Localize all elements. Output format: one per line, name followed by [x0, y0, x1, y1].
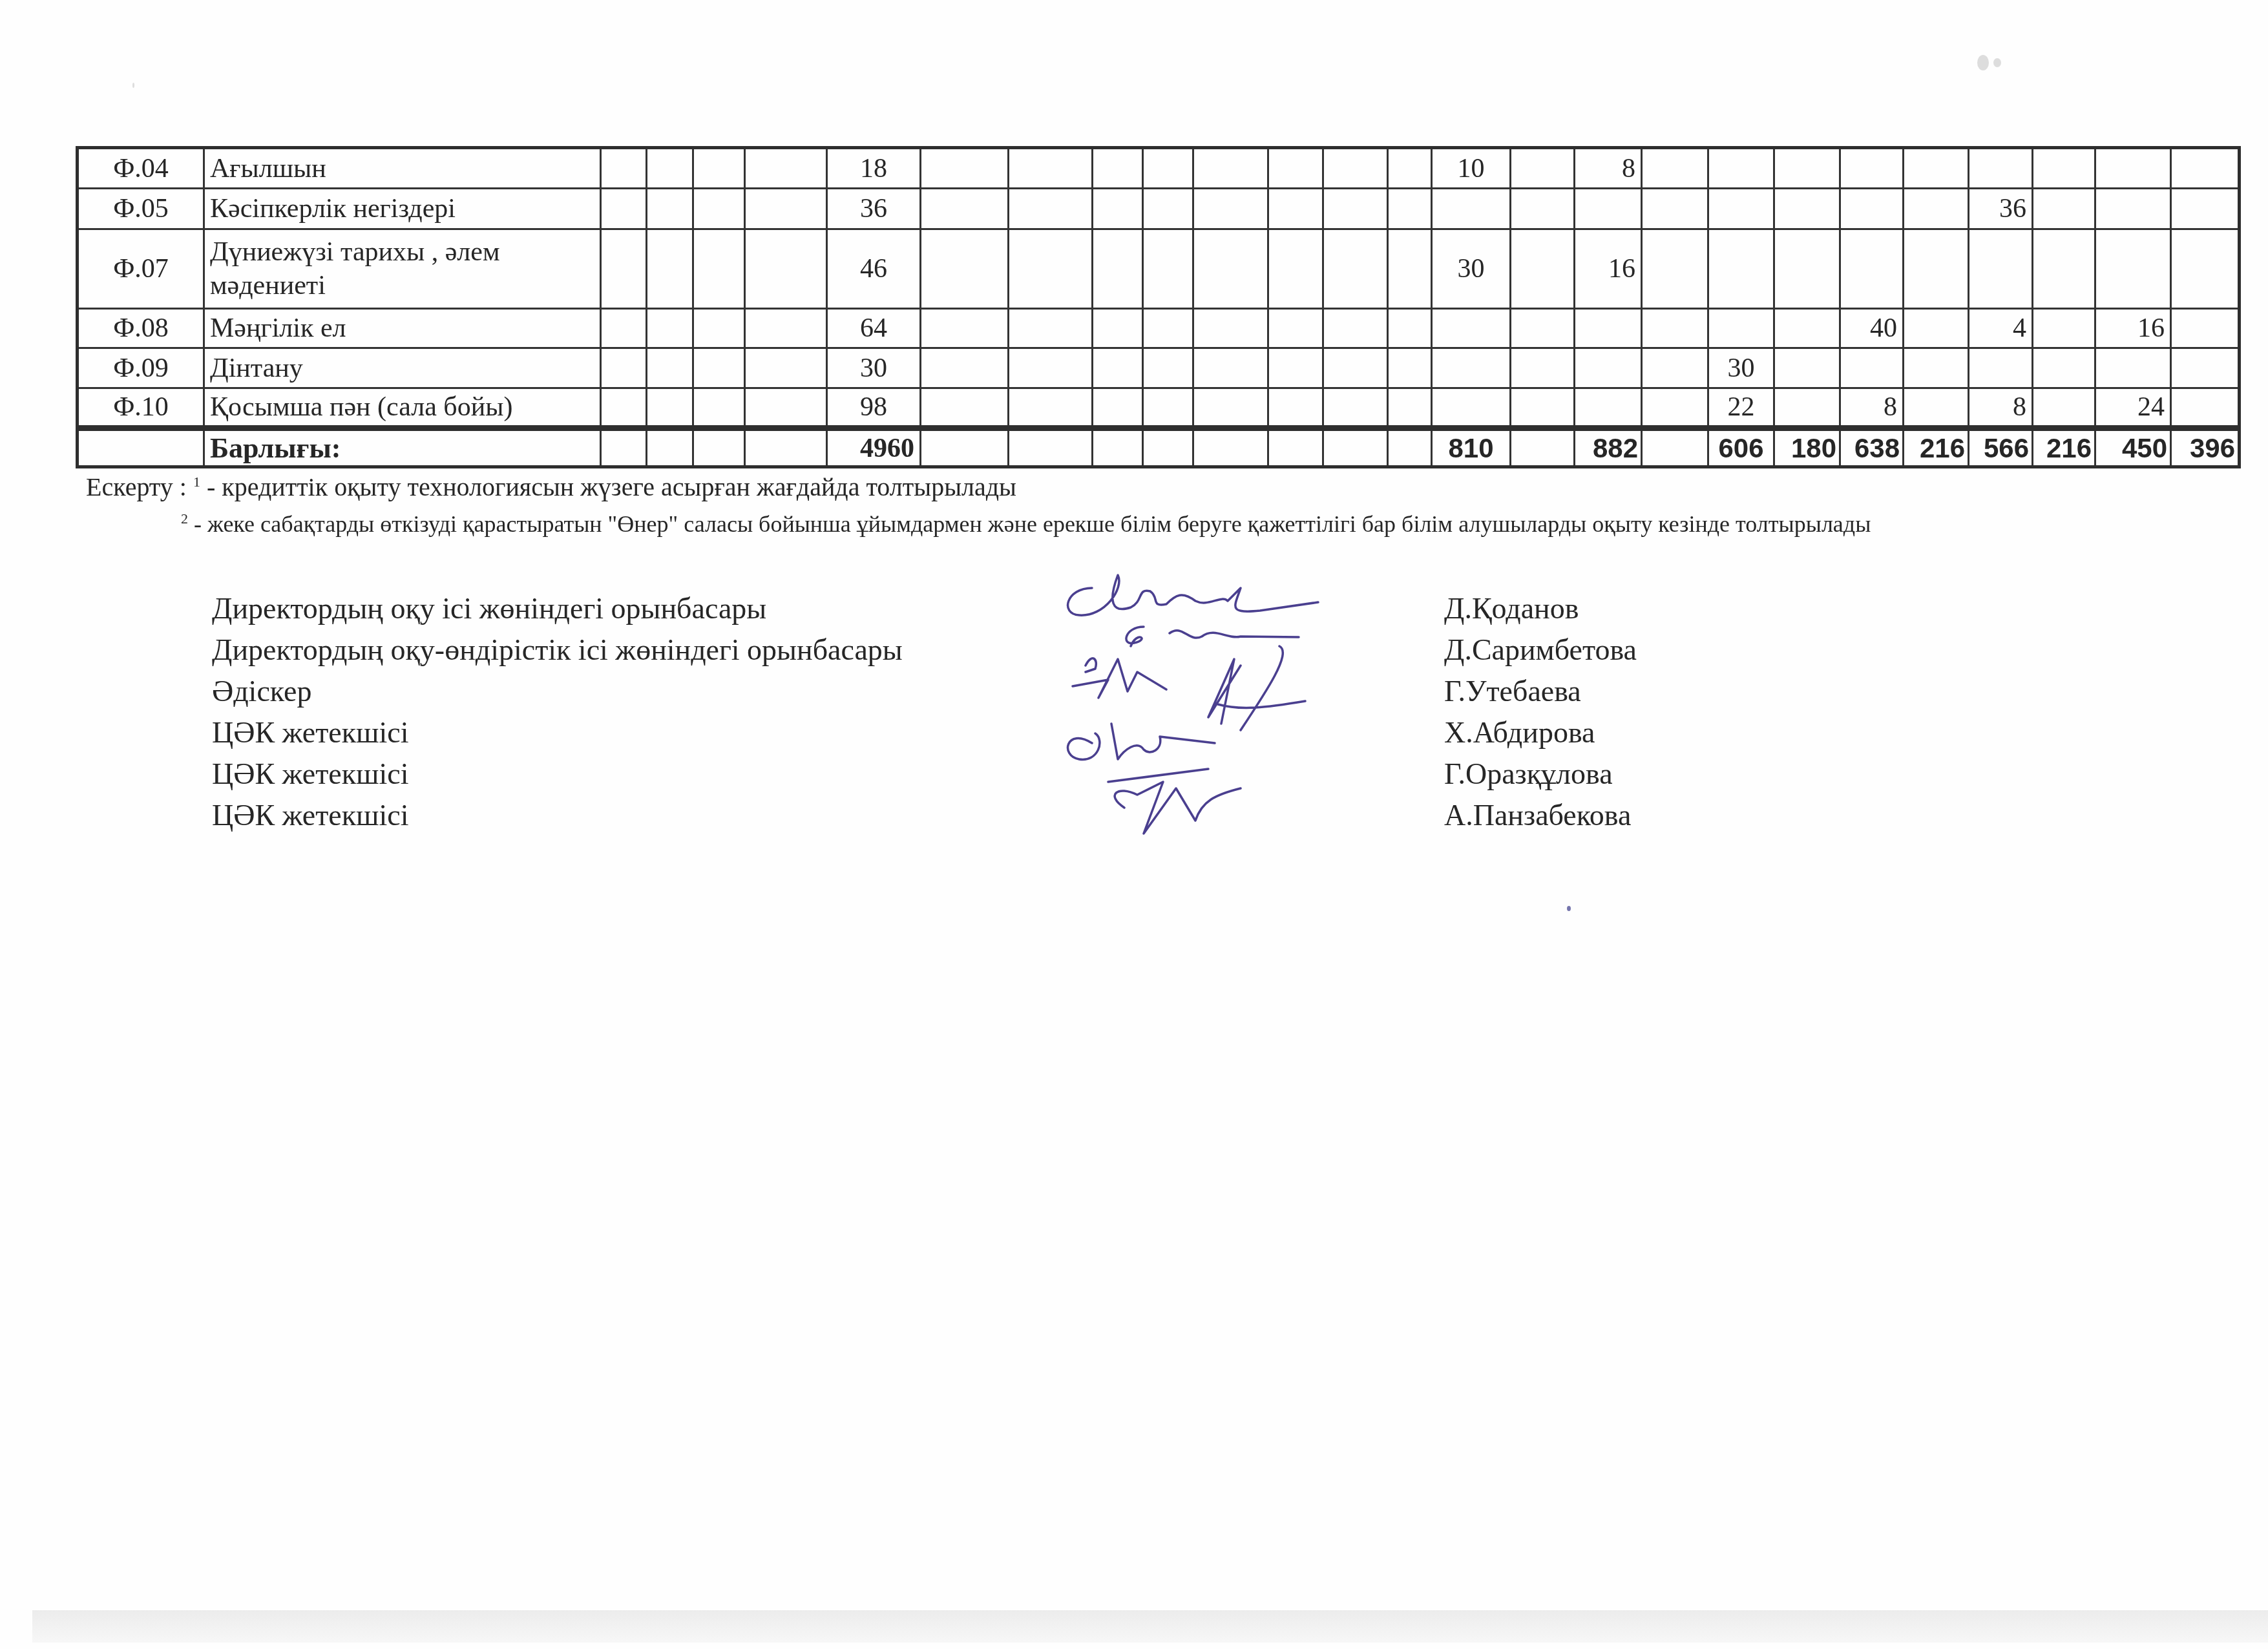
hours-cell — [1009, 309, 1093, 348]
hours-cell — [1193, 388, 1268, 428]
hours-cell: 396 — [2171, 428, 2240, 467]
scanned-page: Ф.04Ағылшын18108Ф.05Кәсіпкерлік негіздер… — [0, 0, 2268, 1649]
hours-cell — [1904, 148, 1969, 189]
hours-cell — [1143, 428, 1193, 467]
hours-cell — [2033, 309, 2095, 348]
hours-cell — [1323, 189, 1388, 229]
table-row: Ф.08Мәңгілік ел6440416 — [78, 309, 2240, 348]
hours-cell — [1432, 189, 1511, 229]
total-label: Барлығы: — [204, 428, 601, 467]
hours-cell — [1193, 348, 1268, 388]
total-hours-cell: 18 — [827, 148, 921, 189]
hours-cell — [2171, 148, 2240, 189]
hours-cell — [1432, 388, 1511, 428]
signatory-title: Әдіскер — [212, 671, 903, 712]
hours-cell — [2095, 348, 2171, 388]
hours-cell — [1323, 348, 1388, 388]
hours-cell — [693, 428, 745, 467]
hours-cell — [1575, 348, 1642, 388]
hours-cell — [647, 148, 693, 189]
hours-cell — [1193, 189, 1268, 229]
hours-cell — [2095, 189, 2171, 229]
hours-cell — [1708, 309, 1774, 348]
hours-cell — [693, 309, 745, 348]
hours-cell — [1009, 388, 1093, 428]
footnote-mark-1: 1 — [193, 474, 200, 490]
scan-speck — [1977, 55, 1989, 70]
scan-speck — [1567, 906, 1571, 911]
hours-cell: 8 — [1575, 148, 1642, 189]
table-row: Ф.07Дүниежүзі тарихы , әлем мәдениеті463… — [78, 229, 2240, 309]
hours-cell: 30 — [1432, 229, 1511, 309]
hours-cell — [1511, 348, 1575, 388]
hours-cell — [2033, 348, 2095, 388]
hours-cell — [1708, 148, 1774, 189]
total-row: Барлығы:49608108826061806382165662164503… — [78, 428, 2240, 467]
hours-cell — [1323, 229, 1388, 309]
total-hours-cell: 36 — [827, 189, 921, 229]
hours-cell — [693, 388, 745, 428]
scan-edge-band — [32, 1610, 2268, 1643]
hours-cell — [1388, 388, 1432, 428]
hours-cell — [745, 388, 827, 428]
hours-cell — [1774, 229, 1840, 309]
hours-cell — [601, 189, 647, 229]
hours-cell — [1708, 229, 1774, 309]
hours-cell — [1904, 388, 1969, 428]
hours-cell — [1511, 388, 1575, 428]
hours-cell — [921, 428, 1009, 467]
hours-cell: 216 — [2033, 428, 2095, 467]
subject-name: Қосымша пән (сала бойы) — [204, 388, 601, 428]
hours-cell — [1642, 229, 1708, 309]
subject-name: Мәңгілік ел — [204, 309, 601, 348]
hours-cell — [1323, 388, 1388, 428]
hours-cell — [745, 229, 827, 309]
signatory-name: А.Панзабекова — [1444, 795, 1637, 836]
total-hours-cell: 46 — [827, 229, 921, 309]
hours-cell — [1432, 309, 1511, 348]
hours-cell — [1511, 428, 1575, 467]
hours-cell — [1774, 388, 1840, 428]
hours-cell — [1193, 309, 1268, 348]
hours-cell — [1969, 348, 2033, 388]
signatory-name: Д.Саримбетова — [1444, 629, 1637, 671]
hours-cell — [1093, 189, 1143, 229]
hours-cell — [1143, 388, 1193, 428]
hours-cell — [745, 148, 827, 189]
hours-cell — [1093, 348, 1143, 388]
hours-cell — [1904, 229, 1969, 309]
hours-cell — [1388, 148, 1432, 189]
hours-cell — [1388, 348, 1432, 388]
hours-cell — [2171, 388, 2240, 428]
hours-cell — [1009, 229, 1093, 309]
hours-cell — [1143, 229, 1193, 309]
hours-cell — [2033, 189, 2095, 229]
hours-cell — [1388, 428, 1432, 467]
hours-cell — [1093, 428, 1143, 467]
hours-cell — [1904, 348, 1969, 388]
hours-cell — [1268, 348, 1323, 388]
hours-cell: 180 — [1774, 428, 1840, 467]
table-row: Ф.05Кәсіпкерлік негіздері3636 — [78, 189, 2240, 229]
hours-cell: 30 — [1708, 348, 1774, 388]
signatory-title: ЦӘК жетекшісі — [212, 753, 903, 795]
hours-cell — [1143, 148, 1193, 189]
hours-cell — [921, 229, 1009, 309]
hours-cell — [2033, 229, 2095, 309]
hours-cell — [745, 309, 827, 348]
hours-cell — [601, 309, 647, 348]
hours-cell — [693, 189, 745, 229]
hours-cell — [647, 388, 693, 428]
hours-cell — [693, 148, 745, 189]
hours-cell: 8 — [1969, 388, 2033, 428]
hours-cell — [2033, 148, 2095, 189]
scan-speck — [132, 83, 134, 88]
footnote-2-text: - жеке сабақтарды өткізуді қарастыратын … — [188, 511, 1871, 537]
hours-cell — [921, 189, 1009, 229]
subject-name: Ағылшын — [204, 148, 601, 189]
hours-cell — [601, 388, 647, 428]
hours-cell — [1093, 309, 1143, 348]
hours-cell — [2171, 348, 2240, 388]
hours-cell — [1511, 148, 1575, 189]
hours-cell — [1642, 148, 1708, 189]
hours-cell — [1575, 309, 1642, 348]
hours-cell — [1904, 309, 1969, 348]
hours-cell — [1268, 388, 1323, 428]
hours-cell — [1268, 229, 1323, 309]
signatory-titles: Директордың оқу ісі жөніндегі орынбасары… — [212, 588, 903, 836]
hours-cell — [1323, 428, 1388, 467]
hours-cell — [2171, 229, 2240, 309]
hours-cell — [921, 388, 1009, 428]
hours-cell — [1009, 348, 1093, 388]
hours-cell: 638 — [1840, 428, 1904, 467]
hours-cell: 16 — [1575, 229, 1642, 309]
subject-code: Ф.07 — [78, 229, 204, 309]
hours-cell — [921, 309, 1009, 348]
handwritten-signatures — [1047, 562, 1344, 846]
hours-cell — [2033, 388, 2095, 428]
hours-cell — [1093, 229, 1143, 309]
hours-cell — [2095, 229, 2171, 309]
total-hours-cell: 64 — [827, 309, 921, 348]
hours-cell — [1193, 148, 1268, 189]
hours-cell — [1840, 229, 1904, 309]
hours-cell — [1143, 348, 1193, 388]
subject-name: Дүниежүзі тарихы , әлем мәдениеті — [204, 229, 601, 309]
signatory-name: Х.Абдирова — [1444, 712, 1637, 753]
total-hours-cell: 30 — [827, 348, 921, 388]
hours-cell — [1268, 189, 1323, 229]
hours-cell — [1642, 348, 1708, 388]
hours-cell — [1009, 189, 1093, 229]
hours-cell — [1511, 189, 1575, 229]
hours-cell — [1575, 189, 1642, 229]
hours-cell — [1642, 309, 1708, 348]
hours-cell: 566 — [1969, 428, 2033, 467]
hours-cell — [921, 348, 1009, 388]
hours-cell — [1511, 309, 1575, 348]
hours-cell — [2095, 148, 2171, 189]
signatory-title: Директордың оқу-өндірістік ісі жөніндегі… — [212, 629, 903, 671]
hours-cell: 40 — [1840, 309, 1904, 348]
curriculum-table: Ф.04Ағылшын18108Ф.05Кәсіпкерлік негіздер… — [76, 146, 2241, 468]
signatory-title: ЦӘК жетекшісі — [212, 712, 903, 753]
subject-code: Ф.08 — [78, 309, 204, 348]
hours-cell — [693, 229, 745, 309]
hours-cell — [1642, 428, 1708, 467]
subject-name: Дінтану — [204, 348, 601, 388]
hours-cell — [1774, 148, 1840, 189]
hours-cell — [1388, 229, 1432, 309]
hours-cell — [601, 229, 647, 309]
hours-cell: 22 — [1708, 388, 1774, 428]
hours-cell — [1840, 348, 1904, 388]
hours-cell: 882 — [1575, 428, 1642, 467]
table-row: Ф.10Қосымша пән (сала бойы)98228824 — [78, 388, 2240, 428]
hours-cell — [1268, 428, 1323, 467]
footnote-1: Ескерту : 1 - кредиттік оқыту технология… — [86, 472, 1016, 502]
hours-cell — [1708, 189, 1774, 229]
table-row: Ф.04Ағылшын18108 — [78, 148, 2240, 189]
hours-cell — [1642, 189, 1708, 229]
hours-cell — [1193, 428, 1268, 467]
subject-code: Ф.09 — [78, 348, 204, 388]
hours-cell — [745, 348, 827, 388]
hours-cell — [1093, 388, 1143, 428]
hours-cell: 810 — [1432, 428, 1511, 467]
hours-cell: 450 — [2095, 428, 2171, 467]
subject-code: Ф.04 — [78, 148, 204, 189]
hours-cell — [1511, 229, 1575, 309]
scan-speck — [1993, 58, 2001, 67]
signatory-names: Д.Қоданов Д.Саримбетова Г.Утебаева Х.Абд… — [1444, 588, 1637, 836]
hours-cell — [1642, 388, 1708, 428]
hours-cell — [1193, 229, 1268, 309]
hours-cell: 10 — [1432, 148, 1511, 189]
table-row: Ф.09Дінтану3030 — [78, 348, 2240, 388]
hours-cell — [647, 428, 693, 467]
note-label: Ескерту : — [86, 472, 187, 501]
hours-cell — [1840, 148, 1904, 189]
hours-cell — [745, 189, 827, 229]
hours-cell — [1268, 148, 1323, 189]
hours-cell: 606 — [1708, 428, 1774, 467]
hours-cell — [1323, 309, 1388, 348]
hours-cell — [1774, 189, 1840, 229]
signatory-name: Г.Оразқұлова — [1444, 753, 1637, 795]
hours-cell — [1969, 229, 2033, 309]
hours-cell — [1388, 309, 1432, 348]
total-hours-cell: 98 — [827, 388, 921, 428]
subject-code — [78, 428, 204, 467]
hours-cell — [693, 348, 745, 388]
hours-cell: 4 — [1969, 309, 2033, 348]
hours-cell — [1388, 189, 1432, 229]
hours-cell — [1969, 148, 2033, 189]
hours-cell — [647, 348, 693, 388]
hours-cell — [601, 348, 647, 388]
hours-cell: 24 — [2095, 388, 2171, 428]
hours-cell — [647, 229, 693, 309]
signatory-name: Д.Қоданов — [1444, 588, 1637, 629]
hours-cell — [601, 428, 647, 467]
hours-cell: 216 — [1904, 428, 1969, 467]
hours-cell — [1009, 428, 1093, 467]
signatory-title: Директордың оқу ісі жөніндегі орынбасары — [212, 588, 903, 629]
hours-cell — [1904, 189, 1969, 229]
hours-cell — [1840, 189, 1904, 229]
total-hours-cell: 4960 — [827, 428, 921, 467]
hours-cell — [647, 189, 693, 229]
hours-cell — [1009, 148, 1093, 189]
hours-cell — [601, 148, 647, 189]
hours-cell — [1774, 348, 1840, 388]
hours-cell — [1268, 309, 1323, 348]
signatory-title: ЦӘК жетекшісі — [212, 795, 903, 836]
subject-code: Ф.10 — [78, 388, 204, 428]
hours-cell: 8 — [1840, 388, 1904, 428]
subject-code: Ф.05 — [78, 189, 204, 229]
hours-cell — [2171, 189, 2240, 229]
subject-name: Кәсіпкерлік негіздері — [204, 189, 601, 229]
hours-cell — [921, 148, 1009, 189]
hours-cell — [1575, 388, 1642, 428]
hours-cell — [745, 428, 827, 467]
footnote-1-text: - кредиттік оқыту технологиясын жүзеге а… — [200, 472, 1016, 501]
signatory-name: Г.Утебаева — [1444, 671, 1637, 712]
hours-cell — [1774, 309, 1840, 348]
hours-cell — [1093, 148, 1143, 189]
hours-cell — [1143, 309, 1193, 348]
hours-cell: 16 — [2095, 309, 2171, 348]
hours-cell: 36 — [1969, 189, 2033, 229]
hours-cell — [1143, 189, 1193, 229]
hours-cell — [2171, 309, 2240, 348]
footnote-mark-2: 2 — [181, 510, 188, 527]
hours-cell — [647, 309, 693, 348]
hours-cell — [1432, 348, 1511, 388]
footnote-2: 2 - жеке сабақтарды өткізуді қарастыраты… — [181, 510, 1871, 538]
hours-cell — [1323, 148, 1388, 189]
